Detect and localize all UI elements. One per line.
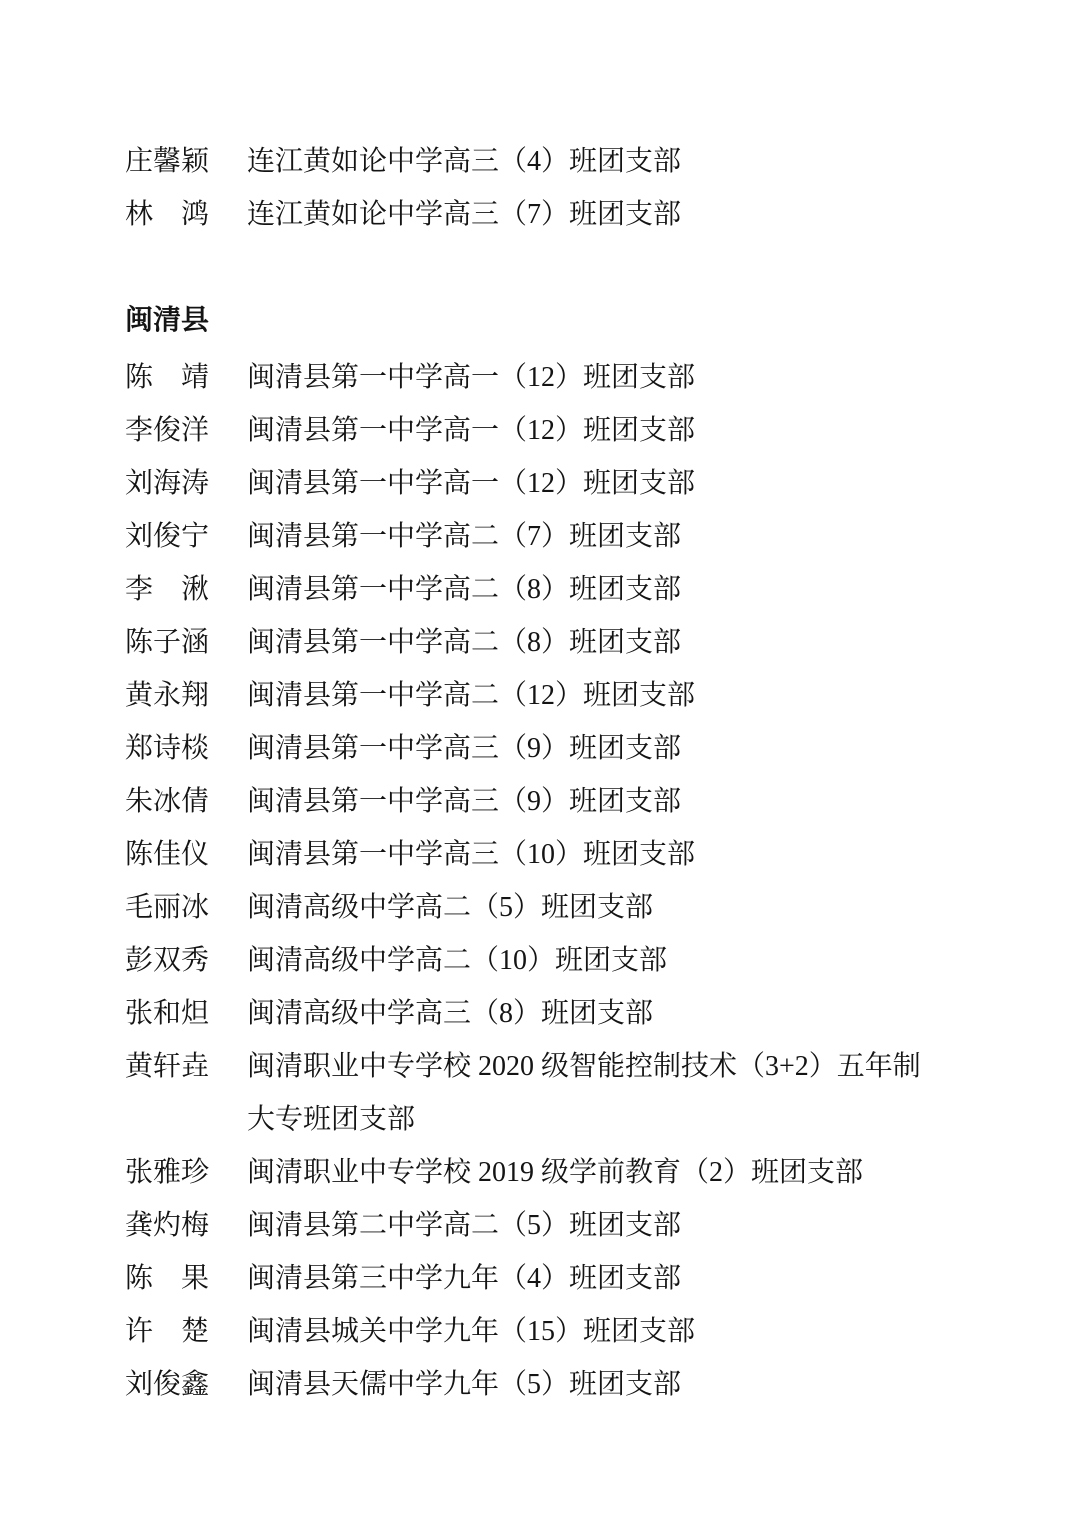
member-name: 黄永翔 <box>125 669 209 722</box>
roster-row: 刘俊鑫 闽清县天儒中学九年（5）班团支部 <box>125 1358 1000 1411</box>
roster-row: 郑诗棪 闽清县第一中学高三（9）班团支部 <box>125 722 1000 775</box>
section-header-minqing-county: 闽清县 <box>125 294 1000 347</box>
roster-row: 陈佳仪 闽清县第一中学高三（10）班团支部 <box>125 828 1000 881</box>
member-name: 林 鸿 <box>125 188 209 241</box>
document-page: 庄馨颖 连江黄如论中学高三（4）班团支部 林 鸿 连江黄如论中学高三（7）班团支… <box>0 0 1080 1527</box>
league-branch-name: 闽清县第二中学高二（5）班团支部 <box>247 1199 1000 1252</box>
roster-row: 许 楚 闽清县城关中学九年（15）班团支部 <box>125 1305 1000 1358</box>
league-branch-name: 闽清县第一中学高二（8）班团支部 <box>247 563 1000 616</box>
league-branch-name: 连江黄如论中学高三（4）班团支部 <box>247 135 1000 188</box>
member-name: 彭双秀 <box>125 934 209 987</box>
member-name: 刘俊宁 <box>125 510 209 563</box>
roster-row: 陈 靖 闽清县第一中学高一（12）班团支部 <box>125 351 1000 404</box>
member-name: 黄轩垚 <box>125 1040 209 1093</box>
member-name: 李 湫 <box>125 563 209 616</box>
roster-row: 陈子涵 闽清县第一中学高二（8）班团支部 <box>125 616 1000 669</box>
league-branch-name: 闽清高级中学高三（8）班团支部 <box>247 987 1000 1040</box>
member-name: 郑诗棪 <box>125 722 209 775</box>
member-name: 张和炟 <box>125 987 209 1040</box>
roster-row: 毛丽冰 闽清高级中学高二（5）班团支部 <box>125 881 1000 934</box>
league-branch-name: 闽清县第一中学高一（12）班团支部 <box>247 457 1000 510</box>
member-name: 陈佳仪 <box>125 828 209 881</box>
minqing-roster-list: 陈 靖 闽清县第一中学高一（12）班团支部 李俊洋 闽清县第一中学高一（12）班… <box>125 351 1000 1411</box>
member-name: 许 楚 <box>125 1305 209 1358</box>
member-name: 陈 靖 <box>125 351 209 404</box>
league-branch-name: 闽清职业中专学校 2019 级学前教育（2）班团支部 <box>247 1146 1000 1199</box>
league-branch-name: 连江黄如论中学高三（7）班团支部 <box>247 188 1000 241</box>
member-name: 刘海涛 <box>125 457 209 510</box>
member-name: 龚灼梅 <box>125 1199 209 1252</box>
league-branch-name: 闽清县第一中学高一（12）班团支部 <box>247 351 1000 404</box>
member-name: 刘俊鑫 <box>125 1358 209 1411</box>
roster-row: 朱冰倩 闽清县第一中学高三（9）班团支部 <box>125 775 1000 828</box>
roster-row: 张雅珍 闽清职业中专学校 2019 级学前教育（2）班团支部 <box>125 1146 1000 1199</box>
member-name: 庄馨颖 <box>125 135 209 188</box>
league-branch-name: 闽清县第一中学高三（9）班团支部 <box>247 775 1000 828</box>
league-branch-name: 闽清高级中学高二（10）班团支部 <box>247 934 1000 987</box>
league-branch-name: 闽清县第一中学高二（8）班团支部 <box>247 616 1000 669</box>
league-branch-name: 闽清县第一中学高一（12）班团支部 <box>247 404 1000 457</box>
league-branch-name: 闽清县城关中学九年（15）班团支部 <box>247 1305 1000 1358</box>
intro-roster-list: 庄馨颖 连江黄如论中学高三（4）班团支部 林 鸿 连江黄如论中学高三（7）班团支… <box>125 135 1000 241</box>
roster-row: 李 湫 闽清县第一中学高二（8）班团支部 <box>125 563 1000 616</box>
league-branch-name: 闽清县第三中学九年（4）班团支部 <box>247 1252 1000 1305</box>
document-content: 庄馨颖 连江黄如论中学高三（4）班团支部 林 鸿 连江黄如论中学高三（7）班团支… <box>0 0 1080 1411</box>
roster-row: 刘俊宁 闽清县第一中学高二（7）班团支部 <box>125 510 1000 563</box>
roster-row: 庄馨颖 连江黄如论中学高三（4）班团支部 <box>125 135 1000 188</box>
roster-row: 林 鸿 连江黄如论中学高三（7）班团支部 <box>125 188 1000 241</box>
roster-row: 黄轩垚 闽清职业中专学校 2020 级智能控制技术（3+2）五年制 大专班团支部 <box>125 1040 1000 1146</box>
member-name: 张雅珍 <box>125 1146 209 1199</box>
member-name: 朱冰倩 <box>125 775 209 828</box>
member-name: 陈 果 <box>125 1252 209 1305</box>
roster-row: 陈 果 闽清县第三中学九年（4）班团支部 <box>125 1252 1000 1305</box>
roster-row: 刘海涛 闽清县第一中学高一（12）班团支部 <box>125 457 1000 510</box>
league-branch-name: 闽清高级中学高二（5）班团支部 <box>247 881 1000 934</box>
league-branch-name: 闽清县第一中学高三（9）班团支部 <box>247 722 1000 775</box>
league-branch-name: 闽清县第一中学高三（10）班团支部 <box>247 828 1000 881</box>
member-name: 李俊洋 <box>125 404 209 457</box>
roster-row: 黄永翔 闽清县第一中学高二（12）班团支部 <box>125 669 1000 722</box>
member-name: 毛丽冰 <box>125 881 209 934</box>
league-branch-name: 闽清职业中专学校 2020 级智能控制技术（3+2）五年制 大专班团支部 <box>247 1040 1000 1146</box>
league-branch-name: 闽清县第一中学高二（12）班团支部 <box>247 669 1000 722</box>
roster-row: 彭双秀 闽清高级中学高二（10）班团支部 <box>125 934 1000 987</box>
roster-row: 龚灼梅 闽清县第二中学高二（5）班团支部 <box>125 1199 1000 1252</box>
roster-row: 张和炟 闽清高级中学高三（8）班团支部 <box>125 987 1000 1040</box>
blank-line-separator <box>125 241 1000 294</box>
member-name: 陈子涵 <box>125 616 209 669</box>
league-branch-name: 闽清县天儒中学九年（5）班团支部 <box>247 1358 1000 1411</box>
league-branch-name: 闽清县第一中学高二（7）班团支部 <box>247 510 1000 563</box>
roster-row: 李俊洋 闽清县第一中学高一（12）班团支部 <box>125 404 1000 457</box>
